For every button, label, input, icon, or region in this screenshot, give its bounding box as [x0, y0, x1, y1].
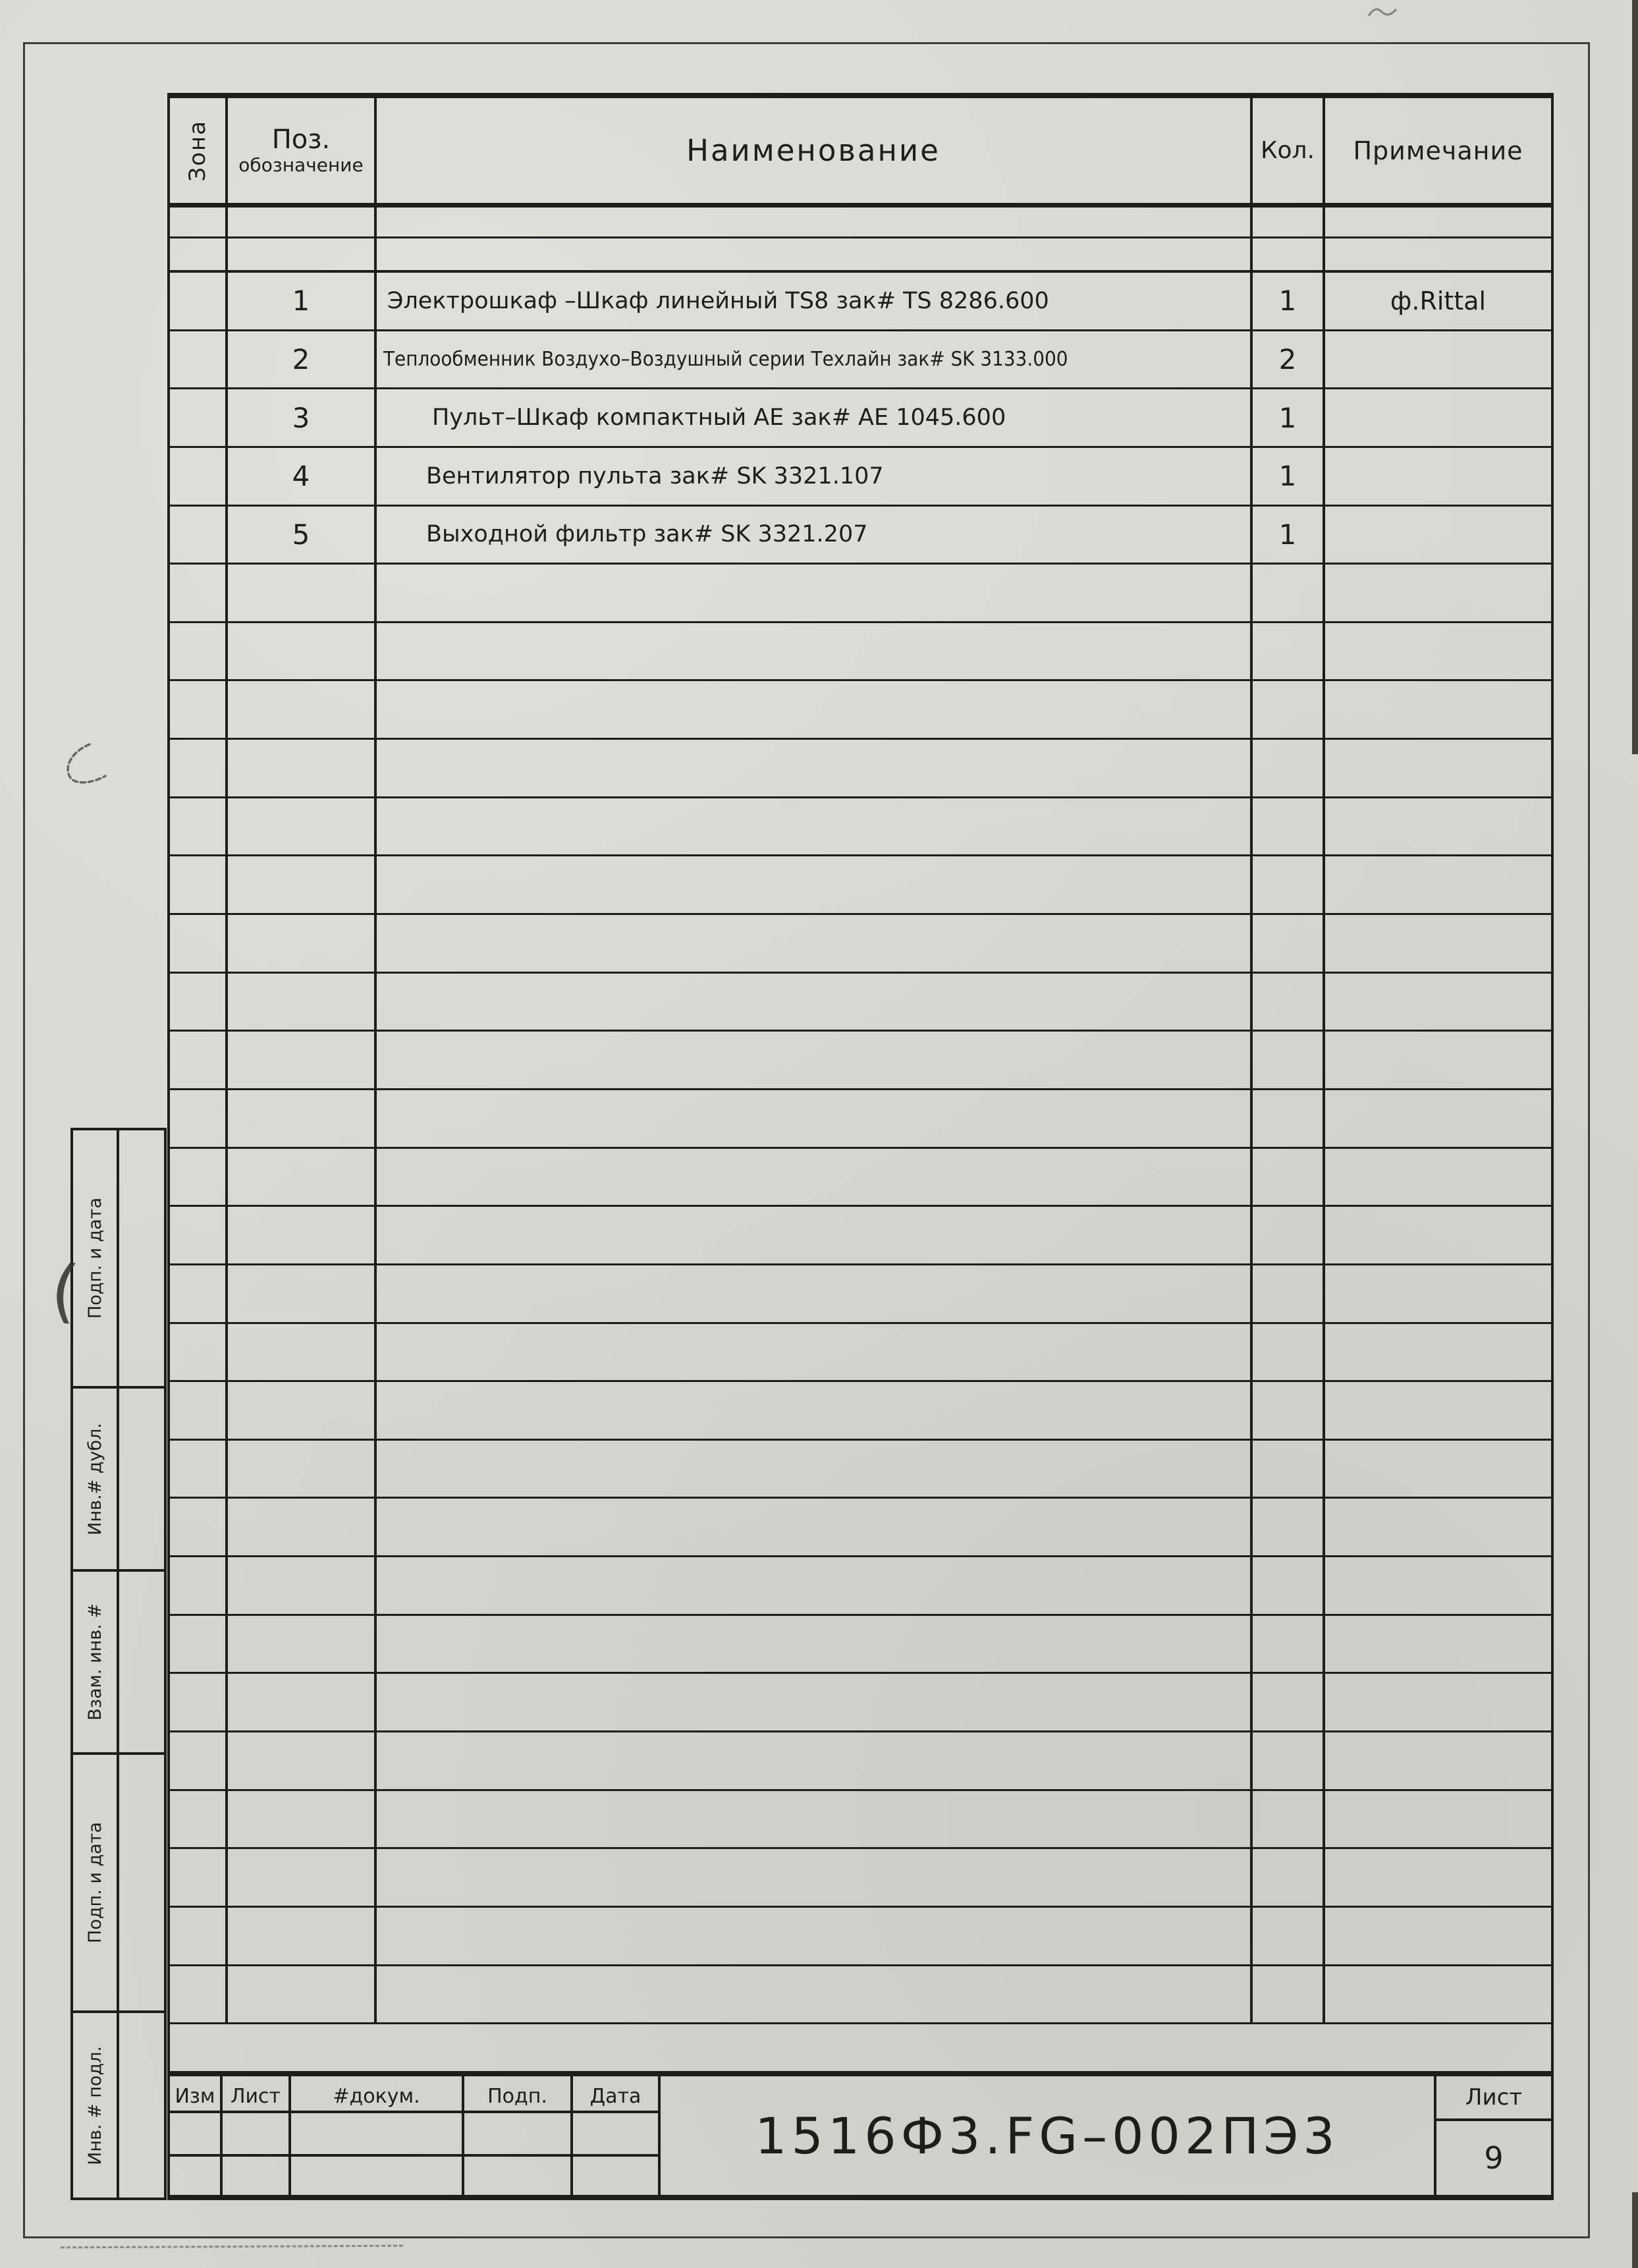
position-cell	[228, 1324, 377, 1381]
position-cell	[228, 1090, 377, 1147]
revision-empty-row	[170, 2157, 658, 2195]
position-cell	[228, 974, 377, 1030]
zone-cell	[170, 1616, 228, 1673]
name-cell	[377, 1791, 1253, 1848]
scan-edge-shadow	[1632, 2192, 1638, 2268]
quantity-cell: 2	[1253, 331, 1325, 388]
name-cell	[377, 798, 1253, 855]
position-cell	[228, 1557, 377, 1614]
table-row: 1Электрошкаф –Шкаф линейный TS8 зак# TS …	[170, 273, 1551, 331]
position-cell	[228, 1616, 377, 1673]
zone-cell	[170, 1966, 228, 2023]
note-cell	[1325, 1265, 1551, 1322]
note-cell	[1325, 565, 1551, 621]
table-row	[170, 1791, 1551, 1850]
name-cell	[377, 1732, 1253, 1789]
table-row	[170, 1616, 1551, 1674]
table-row	[170, 1908, 1551, 1966]
stamp-label: Инв. # подл.	[85, 2046, 105, 2165]
quantity-cell	[1253, 565, 1325, 621]
name-cell	[377, 1265, 1253, 1322]
stamp-vzam-inv: Взам. инв. #	[70, 1569, 167, 1755]
name-cell	[377, 1849, 1253, 1906]
position-cell: 3	[228, 389, 377, 446]
note-cell	[1325, 1966, 1551, 2023]
zone-cell	[170, 1441, 228, 1497]
zone-cell	[170, 565, 228, 621]
table-row	[170, 565, 1551, 623]
zone-cell	[170, 507, 228, 563]
zone-cell	[170, 1557, 228, 1614]
position-cell	[228, 915, 377, 972]
note-cell	[1325, 856, 1551, 913]
note-cell	[1325, 448, 1551, 505]
quantity-cell: 1	[1253, 448, 1325, 505]
table-row	[170, 1732, 1551, 1791]
name-cell	[377, 565, 1253, 621]
zone-cell	[170, 1149, 228, 1205]
table-row	[170, 1441, 1551, 1499]
revision-header-row: Изм Лист #докум. Подп. Дата	[170, 2076, 658, 2113]
specification-table: Зона Поз. обозначение Наименование Кол. …	[167, 93, 1554, 2076]
note-cell	[1325, 681, 1551, 738]
item-name-text: Вентилятор пульта зак# SK 3321.107	[426, 463, 884, 489]
position-cell	[228, 1732, 377, 1789]
position-cell	[228, 798, 377, 855]
name-cell	[377, 1966, 1253, 2023]
item-name-text: Теплообменник Воздухо–Воздушный серии Те…	[383, 348, 1068, 371]
zone-cell	[170, 1207, 228, 1263]
position-cell	[228, 1849, 377, 1906]
zone-cell	[170, 1908, 228, 1964]
header-position-line1: Поз.	[272, 124, 331, 155]
position-cell	[228, 623, 377, 680]
name-cell	[377, 1382, 1253, 1439]
spec-table-body: 1Электрошкаф –Шкаф линейный TS8 зак# TS …	[170, 273, 1551, 2024]
quantity-cell	[1253, 1324, 1325, 1381]
quantity-cell	[1253, 1791, 1325, 1848]
quantity-cell	[1253, 1908, 1325, 1964]
note-cell	[1325, 1149, 1551, 1205]
drawing-sheet: Зона Поз. обозначение Наименование Кол. …	[0, 0, 1638, 2268]
name-cell	[377, 1149, 1253, 1205]
name-cell	[377, 740, 1253, 796]
name-cell	[377, 1207, 1253, 1263]
name-cell: Электрошкаф –Шкаф линейный TS8 зак# TS 8…	[377, 273, 1253, 329]
item-name-text: Пульт–Шкаф компактный АЕ зак# АЕ 1045.60…	[432, 404, 1006, 431]
position-cell	[228, 1441, 377, 1497]
position-cell	[228, 1149, 377, 1205]
zone-cell	[170, 681, 228, 738]
zone-cell	[170, 389, 228, 446]
note-cell	[1325, 1732, 1551, 1789]
quantity-cell	[1253, 856, 1325, 913]
zone-cell	[170, 1499, 228, 1555]
table-row	[170, 1207, 1551, 1265]
note-cell	[1325, 1557, 1551, 1614]
quantity-cell	[1253, 1382, 1325, 1439]
sheet-number-cell: Лист 9	[1436, 2076, 1551, 2195]
quantity-cell	[1253, 623, 1325, 680]
quantity-cell	[1253, 1499, 1325, 1555]
stamp-label: Инв.# дубл.	[85, 1423, 105, 1535]
table-row: 3Пульт–Шкаф компактный АЕ зак# АЕ 1045.6…	[170, 389, 1551, 448]
note-cell	[1325, 623, 1551, 680]
note-cell	[1325, 1674, 1551, 1730]
note-cell	[1325, 1908, 1551, 1964]
note-cell	[1325, 1032, 1551, 1088]
sheet-number-label: Лист	[1436, 2076, 1551, 2121]
note-cell	[1325, 1791, 1551, 1848]
zone-cell	[170, 740, 228, 796]
zone-cell	[170, 915, 228, 972]
note-cell	[1325, 1207, 1551, 1263]
position-cell	[228, 1791, 377, 1848]
stamp-podp-i-data-2: Подп. и дата	[70, 1752, 167, 2013]
note-cell	[1325, 1090, 1551, 1147]
zone-cell	[170, 273, 228, 329]
note-cell	[1325, 915, 1551, 972]
table-row	[170, 1674, 1551, 1732]
quantity-cell	[1253, 1207, 1325, 1263]
name-cell	[377, 1557, 1253, 1614]
col-data: Дата	[573, 2076, 658, 2111]
table-row	[170, 1324, 1551, 1383]
name-cell	[377, 1674, 1253, 1730]
header-position-line2: обозначение	[238, 155, 363, 176]
table-row	[170, 1966, 1551, 2025]
zone-cell	[170, 623, 228, 680]
table-row	[170, 681, 1551, 740]
zone-cell	[170, 974, 228, 1030]
pen-mark-dashed-line	[61, 2245, 403, 2249]
zone-cell	[170, 448, 228, 505]
zone-cell	[170, 1791, 228, 1848]
quantity-cell	[1253, 1732, 1325, 1789]
stamp-label: Подп. и дата	[85, 1822, 105, 1943]
scan-edge-shadow	[1632, 0, 1638, 754]
position-cell: 2	[228, 331, 377, 388]
position-cell	[228, 1499, 377, 1555]
sheet-number-value: 9	[1436, 2121, 1551, 2195]
zone-cell	[170, 1849, 228, 1906]
name-cell: Вентилятор пульта зак# SK 3321.107	[377, 448, 1253, 505]
revision-empty-row	[170, 2113, 658, 2157]
name-cell	[377, 1441, 1253, 1497]
note-cell	[1325, 1324, 1551, 1381]
stamp-label: Подп. и дата	[85, 1198, 105, 1319]
table-row	[170, 798, 1551, 857]
header-zone-label: Зона	[184, 120, 211, 182]
note-cell	[1325, 1849, 1551, 1906]
name-cell	[377, 856, 1253, 913]
title-block-revision-grid: Изм Лист #докум. Подп. Дата	[170, 2076, 661, 2195]
name-cell	[377, 1032, 1253, 1088]
position-cell	[228, 1908, 377, 1964]
zone-cell	[170, 1265, 228, 1322]
zone-cell	[170, 798, 228, 855]
header-position: Поз. обозначение	[228, 98, 377, 203]
table-row: 2Теплообменник Воздухо–Воздушный серии Т…	[170, 331, 1551, 390]
quantity-cell	[1253, 1557, 1325, 1614]
table-row: 5Выходной фильтр зак# SK 3321.2071	[170, 507, 1551, 565]
name-cell	[377, 974, 1253, 1030]
table-row	[170, 740, 1551, 798]
position-cell	[228, 565, 377, 621]
note-cell	[1325, 1441, 1551, 1497]
position-cell	[228, 1382, 377, 1439]
quantity-cell: 1	[1253, 273, 1325, 329]
position-cell: 5	[228, 507, 377, 563]
col-dokum: #докум.	[291, 2076, 464, 2111]
quantity-cell	[1253, 1616, 1325, 1673]
note-cell	[1325, 1382, 1551, 1439]
name-cell: Выходной фильтр зак# SK 3321.207	[377, 507, 1253, 563]
position-cell	[228, 1674, 377, 1730]
quantity-cell	[1253, 1674, 1325, 1730]
header-zone: Зона	[170, 98, 228, 203]
note-cell	[1325, 507, 1551, 563]
document-code: 1516Ф3.FG–002ПЭ3	[661, 2076, 1436, 2195]
quantity-cell: 1	[1253, 507, 1325, 563]
note-cell	[1325, 798, 1551, 855]
zone-cell	[170, 1732, 228, 1789]
spec-table-header: Зона Поз. обозначение Наименование Кол. …	[170, 98, 1551, 207]
table-row	[170, 1499, 1551, 1557]
name-cell	[377, 915, 1253, 972]
zone-cell	[170, 331, 228, 388]
position-cell	[228, 1265, 377, 1322]
note-cell	[1325, 331, 1551, 388]
quantity-cell	[1253, 1849, 1325, 1906]
col-izm: Изм	[170, 2076, 223, 2111]
table-row: 4Вентилятор пульта зак# SK 3321.1071	[170, 448, 1551, 507]
table-row	[170, 1382, 1551, 1441]
note-cell	[1325, 1499, 1551, 1555]
table-row	[170, 915, 1551, 974]
name-cell	[377, 681, 1253, 738]
col-podp: Подп.	[464, 2076, 573, 2111]
header-spare-band-1	[170, 207, 1551, 238]
name-cell	[377, 623, 1253, 680]
name-cell	[377, 1616, 1253, 1673]
table-row	[170, 1265, 1551, 1324]
quantity-cell	[1253, 740, 1325, 796]
margin-stamp-column: Подп. и дата Инв.# дубл. Взам. инв. # По…	[70, 1128, 167, 2200]
table-row	[170, 974, 1551, 1032]
name-cell	[377, 1090, 1253, 1147]
zone-cell	[170, 1090, 228, 1147]
item-name-text: Электрошкаф –Шкаф линейный TS8 зак# TS 8…	[387, 288, 1049, 314]
col-list: Лист	[223, 2076, 291, 2111]
quantity-cell	[1253, 798, 1325, 855]
position-cell: 4	[228, 448, 377, 505]
header-spare-band-2	[170, 238, 1551, 273]
name-cell	[377, 1908, 1253, 1964]
stamp-podp-i-data-1: Подп. и дата	[70, 1128, 167, 1389]
note-cell	[1325, 974, 1551, 1030]
name-cell: Теплообменник Воздухо–Воздушный серии Те…	[377, 331, 1253, 388]
stamp-label: Взам. инв. #	[85, 1603, 105, 1721]
table-row	[170, 623, 1551, 682]
note-cell: ф.Rittal	[1325, 273, 1551, 329]
zone-cell	[170, 1324, 228, 1381]
position-cell	[228, 1966, 377, 2023]
name-cell	[377, 1499, 1253, 1555]
zone-cell	[170, 1032, 228, 1088]
note-cell	[1325, 1616, 1551, 1673]
pen-mark-tick	[1367, 4, 1398, 21]
quantity-cell: 1	[1253, 389, 1325, 446]
stamp-inv-podl: Инв. # подл.	[70, 2010, 167, 2200]
table-row	[170, 1032, 1551, 1090]
title-block: Изм Лист #докум. Подп. Дата 1516Ф3.FG–00…	[167, 2071, 1554, 2200]
table-row	[170, 1557, 1551, 1616]
quantity-cell	[1253, 1441, 1325, 1497]
name-cell: Пульт–Шкаф компактный АЕ зак# АЕ 1045.60…	[377, 389, 1253, 446]
table-row	[170, 1149, 1551, 1207]
zone-cell	[170, 1382, 228, 1439]
position-cell: 1	[228, 273, 377, 329]
note-cell	[1325, 740, 1551, 796]
stamp-inv-dubl: Инв.# дубл.	[70, 1386, 167, 1572]
quantity-cell	[1253, 1265, 1325, 1322]
item-name-text: Выходной фильтр зак# SK 3321.207	[426, 521, 868, 547]
header-note: Примечание	[1325, 98, 1551, 203]
table-bottom-band	[170, 2024, 1551, 2072]
quantity-cell	[1253, 1966, 1325, 2023]
header-name: Наименование	[377, 98, 1253, 203]
table-row	[170, 1849, 1551, 1908]
position-cell	[228, 856, 377, 913]
position-cell	[228, 1032, 377, 1088]
quantity-cell	[1253, 1149, 1325, 1205]
table-row	[170, 856, 1551, 915]
quantity-cell	[1253, 1090, 1325, 1147]
header-quantity: Кол.	[1253, 98, 1325, 203]
quantity-cell	[1253, 974, 1325, 1030]
position-cell	[228, 681, 377, 738]
zone-cell	[170, 1674, 228, 1730]
zone-cell	[170, 856, 228, 913]
note-cell	[1325, 389, 1551, 446]
quantity-cell	[1253, 915, 1325, 972]
quantity-cell	[1253, 681, 1325, 738]
quantity-cell	[1253, 1032, 1325, 1088]
name-cell	[377, 1324, 1253, 1381]
table-row	[170, 1090, 1551, 1149]
position-cell	[228, 1207, 377, 1263]
position-cell	[228, 740, 377, 796]
